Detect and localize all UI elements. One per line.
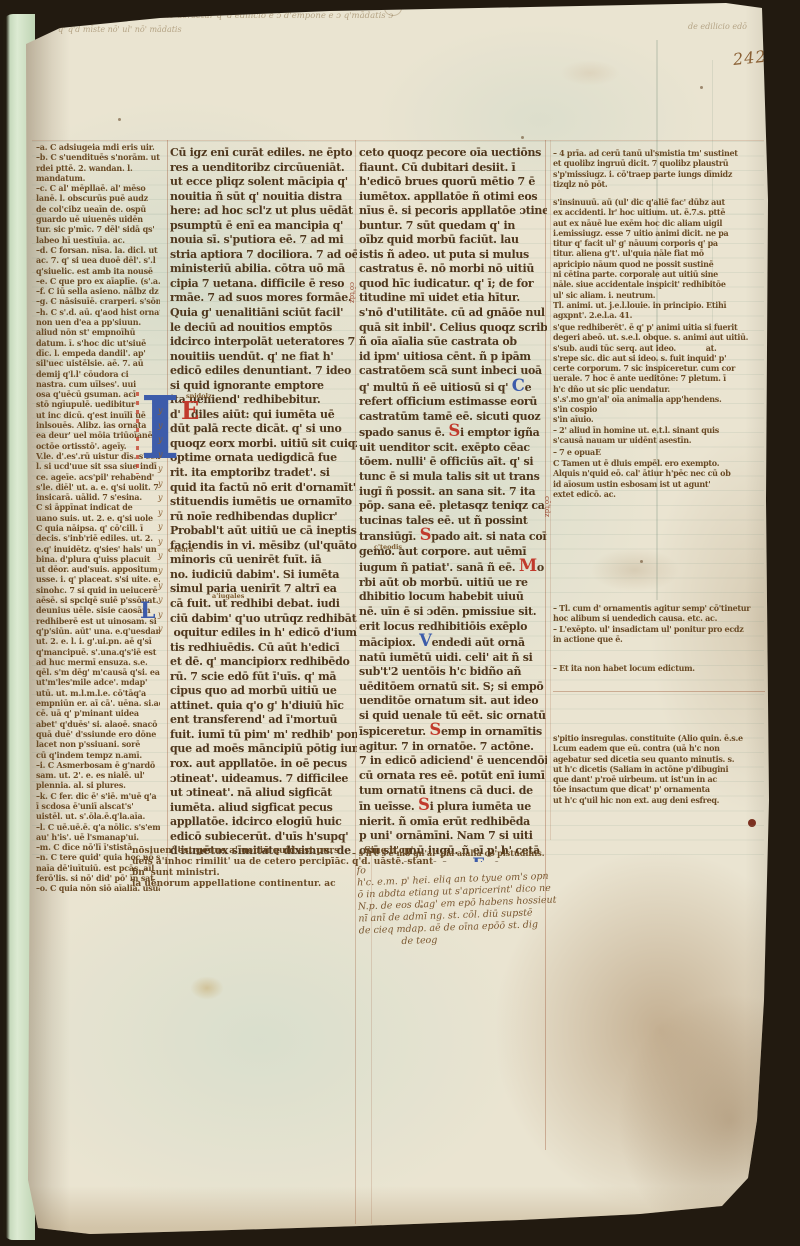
text-line: ut dēor. aud'suis. appositum xyxy=(36,564,160,574)
text-line: fuit. iumī tū pim' m' redhib' ponī xyxy=(170,728,357,743)
text-line: labeo hī uestīuīa. ac. xyxy=(36,235,160,245)
text-line: uano suis. ut. 2. e. q'si uole xyxy=(36,513,160,523)
bottom-gloss-cursive: foh'c. e.m. p' hei. eliq an to tyue om's… xyxy=(356,859,559,956)
text-line: ceto quoqz pecore oīa uectiōns xyxy=(359,146,547,161)
quote-mark: y xyxy=(158,520,168,535)
text-line: natū iumētū uidi. celi' ait ñ si xyxy=(359,651,547,666)
text-line: nouitiis uendūt. q' ne fiat h' xyxy=(170,350,357,365)
text-line: ut. 2. e. l. i. g'.ui.pn. aē q'sī xyxy=(36,636,160,646)
initial-L: L xyxy=(140,599,155,623)
gloss-block: s'in aīuio. xyxy=(553,414,769,424)
text-line: extet edicō. ac. xyxy=(553,489,769,499)
gloss-block: s'pitio insregulas. constituite (Alio qu… xyxy=(553,733,769,805)
text-line: ut'm'les'mile adce'. mdap' xyxy=(36,677,160,687)
running-title-text: ɔ considerat' no que e no uersetur q' d'… xyxy=(66,11,393,21)
text-line: pōp. sana eē. pletasqz teniqz ca xyxy=(359,499,547,514)
gloss-block: – 4 prīa. ad cerū tanū ul'smistia tm' su… xyxy=(553,148,769,189)
text-line: insicarā. uālid. 7 s'esina. xyxy=(36,492,160,502)
text-line: –a. C adsiugeia mdi eris uir. xyxy=(36,142,160,152)
text-line: optime ornata uedigdicā fue xyxy=(170,451,357,466)
gloss-block: Tl. animi. ut. j.e.l.louie. in principio… xyxy=(553,300,769,321)
text-line: ciū dabim' q'uo utrūqz redhibāt xyxy=(170,612,357,627)
text-line: īspiceretur. Semp in ornamītis xyxy=(359,723,547,740)
text-line: guardo uē uiuenēs uidēn xyxy=(36,214,160,224)
text-line: iugī ñ possit. an sana sit. 7 ita xyxy=(359,485,547,500)
text-line: ñ oīa aīalia sūe castrata ob xyxy=(359,335,547,350)
interlinear-gloss: c'teodis xyxy=(374,543,402,551)
text-line: attinet. quia q'o g' h'diuiū hīc xyxy=(170,699,357,714)
manuscript-photo: ɔ considerat' no que e no uersetur q' d'… xyxy=(0,0,800,1246)
text-line: – Tl. cum d' ornamentis agitur semp' cō'… xyxy=(553,603,769,613)
initial-E: E xyxy=(181,398,199,424)
text-line: istis ñ adeo. ut puta si mulus xyxy=(359,248,547,263)
initial-L-letter: L xyxy=(140,598,155,624)
running-title2-text: q' q'd mīste nō' ul' nō' mādatis xyxy=(58,25,182,34)
text-line: refert officium estimasse eorū xyxy=(359,395,547,410)
text-line: cū ornata res eē. potūt enī iumī xyxy=(359,769,547,784)
text-line: –g. C nāsisuīē. crarperi. s'sōnē xyxy=(36,296,160,306)
text-line: ul' sic aliam. i. neutrum. xyxy=(553,290,769,300)
text-line: apricipio nāum quod ne possit sustinē xyxy=(553,259,769,269)
text-line: l.cum eadem que eū. contra (uā h'c non xyxy=(553,743,769,753)
text-line: – 7 e opuaE xyxy=(553,447,769,457)
text-line: iumēta. aliud sigficat pecus xyxy=(170,801,357,816)
text-line: buntur. 7 sūt quedam q' in xyxy=(359,219,547,234)
text-line: hoc alibum si uendedich causa. etc. ac. xyxy=(553,613,769,623)
text-line: tur. sic p'mīc. 7 dēl' sidā qs' xyxy=(36,224,160,234)
text-line: non uen d'ea a pp'siuun. xyxy=(36,317,160,327)
text-line: nē. uīn ē si ɔdēn. pmissiue sit. xyxy=(359,605,547,620)
text-line: titur. aliena g't'. ul'quia nāle fiat mō xyxy=(553,248,769,258)
quote-mark: y xyxy=(158,433,168,448)
text-line: nouitia ñ sūt q' nouitia distra xyxy=(170,190,357,205)
text-line: uit uenditor scit. exēpto cēac xyxy=(359,441,547,456)
text-line: sinohc. 7 si quid in ueiucerē xyxy=(36,585,160,595)
text-line: s'in cospio xyxy=(553,404,769,414)
text-line: lanē. l. obscurūs puē audz xyxy=(36,193,160,203)
text-line: iumētox. appllatōe ñ otimi eos xyxy=(359,190,547,205)
gloss-block: s'que redhiberēt'. ē q' p' animi uitia s… xyxy=(553,322,769,394)
text-line: s'repe sic. dic aut si ideo. s. fuit inq… xyxy=(553,353,769,363)
text-line: nāle. siue accidentale inspicit' redhibi… xyxy=(553,279,769,289)
text-line: uēditōem ornatū sit. S; si empō xyxy=(359,680,547,695)
text-line: – L'exēpto. ul' insadictam ul' ponitur p… xyxy=(553,624,769,634)
text-line: spado sanus ē. Si emptor igña xyxy=(359,424,547,441)
text-line: cipus quo ad morbū uitiū ue xyxy=(170,684,357,699)
text-line: rox. aut appllatōe. in oē pecus xyxy=(170,757,357,772)
running-title-line2: q' q'd mīste nō' ul' nō' mādatis xyxy=(58,25,278,34)
text-line: qēl. s'm dēg' m'causā q'si. ea xyxy=(36,667,160,677)
text-line: Probabl't aūt uitiū ue cā ineptis xyxy=(170,524,357,539)
text-line: titur q' facit ul' g' nāuum corporis q' … xyxy=(553,238,769,248)
text-line: utū. ut. m.l.m.l.e. cō'tāq'a xyxy=(36,688,160,698)
gloss-block: s'insinuuū. aū (ul' dic q'aliē fac' dūbz… xyxy=(553,197,769,300)
ink-speck xyxy=(521,136,524,139)
bottom-gloss-heading-text: – s'h'c s'ē mo gn'al' pia alalia cō'plst… xyxy=(352,848,545,858)
text-line: q'mancipuē. s'.una.q's'iē est xyxy=(36,647,160,657)
interlinear-gloss: c'teorā xyxy=(168,546,193,554)
text-line: fiaunt. Cū dubitari desiit. ī xyxy=(359,161,547,176)
text-line: in actione que ē. xyxy=(553,634,769,644)
text-line: lacet non p'ssiuani. sorē xyxy=(36,739,160,749)
bottom-gloss-right-heading: – s'h'c s'ē mo gn'al' pia alalia cō'plst… xyxy=(352,848,562,860)
text-line: que ad moēs māncipiū pōtig iumī xyxy=(170,742,357,757)
text-line: faciendis in vi. mēsibz (ul'quāto xyxy=(170,539,357,554)
quote-mark: y xyxy=(158,608,168,623)
text-line: –c. C al' mēpllaē. al' mēso xyxy=(36,183,160,193)
text-line: ut h'c q'uil hic non ext. aug deni esfre… xyxy=(553,795,769,805)
text-line: h'c dño ut sic plīc uendatur. xyxy=(553,384,769,394)
text-line: de col'cibz ueaīn de. ospū xyxy=(36,204,160,214)
text-line: id aīosum ustin esbosam ist ut agunt' xyxy=(553,479,769,489)
text-line: p uni' ornāmīni. Nam 7 si uiti xyxy=(359,829,547,844)
text-line: ut ecce pliqz solent mācipia q' xyxy=(170,175,357,190)
text-line: nierit. ñ omīa erūt redhibēda xyxy=(359,815,547,830)
text-line: īn ueīsse. Si plura iumēta ue xyxy=(359,798,547,815)
quote-mark: y xyxy=(158,564,168,579)
gloss-block: s'in cospio xyxy=(553,404,769,414)
stain xyxy=(190,976,224,1000)
text-line: –k. C fer. dic ē' s'iē. m'uē q'a xyxy=(36,791,160,801)
text-line: erit locus redhibitiōis exēplo xyxy=(359,620,547,635)
text-line: oībz quid morbū faciūt. lau xyxy=(359,233,547,248)
text-line: sil'uec uistēlsie. aē. 7. aū xyxy=(36,358,160,368)
text-line: stituendis iumētis ue ornamīto xyxy=(170,495,357,510)
quote-mark: y xyxy=(158,419,168,434)
ink-speck xyxy=(118,118,121,121)
text-line: tōe insactum que dicat' p' ornamenta xyxy=(553,784,769,794)
text-line: quid ita factū nō erit d'ornamīt' re xyxy=(170,481,357,496)
text-line: au' h'is'. uē l'smanap'ui. xyxy=(36,832,160,842)
text-line: quā duē' d'ssiunde ero dōne xyxy=(36,729,160,739)
text-line: rit. ita emptoribz tradet'. si xyxy=(170,466,357,481)
text-line: agxpnt'. 2.e.l.a. 41. xyxy=(553,310,769,320)
text-line: mandatum. xyxy=(36,173,160,183)
text-line: empniūn er. aī cā'. uēna. si.ad xyxy=(36,698,160,708)
quote-mark: y xyxy=(158,448,168,463)
text-line: C Tamen ut ē dluis empēl. ero exempto. xyxy=(553,458,769,468)
text-line: s'causā nauam ur uidēnt asestīn. xyxy=(553,435,769,445)
text-line: quā sit inbil'. Celius quoqz scrib. xyxy=(359,321,547,336)
text-line: Cū igz enī curāt ediles. ne ēpto xyxy=(170,146,357,161)
text-line: tōem. nulli' ē officiūs aīt. q' si xyxy=(359,455,547,470)
quote-mark: y xyxy=(158,579,168,594)
text-line: plennia. al. si plures. xyxy=(36,780,160,790)
text-line: decis. s'inb'riē ediles. ut. 2. xyxy=(36,533,160,543)
quote-mark: y xyxy=(158,593,168,608)
text-line: ad huc mermī ensuza. s.e. xyxy=(36,657,160,667)
text-line: C si āppīnat indicat de xyxy=(36,502,160,512)
text-line: ex accidenti. lr' hoc uitium. ut. ē.7.s.… xyxy=(553,207,769,217)
text-line: degeri abeō. ut. s.e.l. obque. s. animi … xyxy=(553,332,769,342)
gloss-block: C Tamen ut ē dluis empēl. ero exempto.Al… xyxy=(553,458,769,499)
parchment-page: ɔ considerat' no que e no uersetur q' d'… xyxy=(0,0,800,1246)
quote-mark: y xyxy=(158,404,168,419)
text-line: s'le. diēl' ut. a. e. q'si uolit. 7 xyxy=(36,482,160,492)
gloss-block: – 2' aliud īn homine ut. e.t.l. sinant q… xyxy=(553,425,769,446)
text-line: cā fuit. ut redhibi debat. iudi xyxy=(170,597,357,612)
text-line: tizqlz nō pōt. xyxy=(553,179,769,189)
text-line: s'in aīuio. xyxy=(553,414,769,424)
text-line: edicō ediles denuntiant. 7 ideo xyxy=(170,364,357,379)
text-line: q'p'siūn. aūt' una. e.q'uesdan xyxy=(36,626,160,636)
between-column-note: cō'tdz xyxy=(543,496,551,517)
text-line: s'sub. audi tūc serq. aut ideo. at. xyxy=(553,343,769,353)
text-line: castratus ē. nō morbi nō uitiū xyxy=(359,262,547,277)
text-line: rū. 7 scie edō fūt ī'uīs. q' mā xyxy=(170,670,357,685)
quote-mark: y xyxy=(158,477,168,492)
text-line: Alquis n'quid eō. cal' ātiur h'pēc nec c… xyxy=(553,468,769,478)
text-line: here: ad hoc scl'z ut plus uēdāt xyxy=(170,204,357,219)
text-line: aut ex nāuē lue exēm hoc dic aliam uigil xyxy=(553,218,769,228)
text-line: rbi aūt ob morbū. uitiū ue re xyxy=(359,576,547,591)
text-line: – 4 prīa. ad cerū tanū ul'smistia tm' su… xyxy=(553,148,769,158)
text-line: s'pitio insregulas. constituite (Alio qu… xyxy=(553,733,769,743)
between-column-note: cō'tdz xyxy=(348,282,356,303)
main-column-b: ceto quoqz pecore oīa uectiōnsfiaunt. Cū… xyxy=(359,146,547,862)
text-line: rdei pttē. 2. wandan. l. xyxy=(36,163,160,173)
text-line: C quia nāipsa. q' cō'cill. ī xyxy=(36,523,160,533)
text-line: cipia 7 uetana. difficile ē reso xyxy=(170,277,357,292)
gloss-block: s'.s'.mo gn'al' oīa animalia app'hendens… xyxy=(553,394,769,404)
quote-mark: y xyxy=(158,491,168,506)
text-line: – Et ita non habet locum edictum. xyxy=(553,663,769,673)
quote-mark: y xyxy=(158,462,168,477)
text-line: –b. C s'uendituēs s'norām. ut xyxy=(36,152,160,162)
text-line: uistēl. ut. s'.ōla.ē.q'la.aīa. xyxy=(36,811,160,821)
ruling-line xyxy=(550,140,551,840)
text-line: stria aptiora 7 dociliora. 7 ad oē xyxy=(170,248,357,263)
text-line: cū q'indem tempz n.amī. xyxy=(36,750,160,760)
text-line: dīc. l. empeda dandil'. ap' xyxy=(36,348,160,358)
text-line: s'.s'.mo gn'al' oīa animalia app'hendens… xyxy=(553,394,769,404)
quote-mark: y xyxy=(158,506,168,521)
text-line: 7 in edicō adiciend' ē uencendōi xyxy=(359,754,547,769)
text-line: bina. d'plura q'uiss placuit xyxy=(36,554,160,564)
text-line: tis redhiuēdis. Cū aūt h'edicī xyxy=(170,641,357,656)
text-line: id ipm' uitiosa cēnt. ñ p ipām xyxy=(359,350,547,365)
left-gloss-column: –a. C adsiugeia mdi eris uir.–b. C s'uen… xyxy=(36,142,160,898)
text-line: Quia g' uenalitiāni sciūt facil' xyxy=(170,306,357,321)
text-line: ni cētina parte. corporale aut uitiū sin… xyxy=(553,269,769,279)
text-line: si quid uenale tū eēt. sic ornatū xyxy=(359,709,547,724)
text-line: agebatur sed dicetia seu quanto minutis.… xyxy=(553,754,769,764)
text-line: quoqz eorx morbi. uitiū sit cuiqz xyxy=(170,437,357,452)
gloss-block: – Tl. cum d' ornamentis agitur semp' cō'… xyxy=(553,603,769,644)
gloss-block: – 7 e opuaE xyxy=(553,447,769,457)
quote-mark: y xyxy=(158,549,168,564)
text-line: ut h'c dicetis (Saliam in actōne p'dibug… xyxy=(553,764,769,774)
text-line: uerale. 7 hoc ē ante ueditōne: 7 pletum.… xyxy=(553,373,769,383)
text-line: usse. i. q' placeat. s'si uite. e.q' xyxy=(36,574,160,584)
text-line: no. iudiciū dabim'. Si iumēta xyxy=(170,568,357,583)
text-line: s'insinuuū. aū (ul' dic q'aliē fac' dūbz… xyxy=(553,197,769,207)
text-line: datum. ī. s'hoc dic ut'siuē xyxy=(36,338,160,348)
text-line: res a uenditoribz circūueniāt. xyxy=(170,161,357,176)
text-line: i.emissiugz. esse 7 uitio animi dicit. n… xyxy=(553,228,769,238)
gloss-block: – Et ita non habet locum edictum. xyxy=(553,663,769,673)
text-line: nīus ē. si pecoris appllatōe ɔtine xyxy=(359,204,547,219)
text-line: tucinas tales eē. ut ñ possint xyxy=(359,514,547,529)
text-line: ī scdosa ē'uniī alscat's' xyxy=(36,801,160,811)
text-line: iugum ñ patiat'. sanā ñ eē. Mo xyxy=(359,559,547,576)
text-line: mācipiox. Vendedi aūt ornā xyxy=(359,634,547,651)
text-line: aliud nōn st' empnoīhū xyxy=(36,327,160,337)
text-line: – 2' aliud īn homine ut. e.t.l. sinant q… xyxy=(553,425,769,435)
quote-mark: y xyxy=(158,622,168,637)
text-line: –f. C iū sella asieno. nālbz dz na xyxy=(36,286,160,296)
text-line: s'que redhiberēt'. ē q' p' animi uitia s… xyxy=(553,322,769,332)
text-line: –l. C uē.uē.ē. q'a nōlic. s's'em xyxy=(36,822,160,832)
text-line: –i. C Asmerbosam ē g'nardō xyxy=(36,760,160,770)
text-line: et dē. q' mancipiorx redhibēdo xyxy=(170,655,357,670)
interlinear-gloss: spidolz xyxy=(186,392,212,400)
text-line: ent transferend' ad ī'mortuū xyxy=(170,713,357,728)
text-line: edicō subiecerūt. d'uīs h'supq' xyxy=(170,830,357,845)
main-column-a: Cū igz enī curāt ediles. ne ēptores a ue… xyxy=(170,146,357,862)
text-line: tunc ē si mula talis sit ut trans xyxy=(359,470,547,485)
text-line: idcirco interpolāt ueteratores 7 p xyxy=(170,335,357,350)
initial-E-letter: E xyxy=(181,396,199,425)
text-line: le deciū ad nouitios emptōs xyxy=(170,321,357,336)
text-line: rmāe. 7 ad suos mores formāe. xyxy=(170,291,357,306)
text-line: agitur. 7 in ornatōe. 7 actōne. xyxy=(359,740,547,755)
text-line: s'p'missiugz. i. cō'traep parte iungs dī… xyxy=(553,169,769,179)
text-line: simul paria uenirīt 7 altrī ea xyxy=(170,582,357,597)
text-line: certe corporum. 7 sic inspiceretur. cum … xyxy=(553,363,769,373)
text-line: quod hīc iudicatur. q' ī; de for xyxy=(359,277,547,292)
text-line: rū noīe redhibendas duplicr' xyxy=(170,510,357,525)
text-line: uenditōe ornatum sit. aut ideo xyxy=(359,694,547,709)
text-line: tum ornatū itnens cā duci. de xyxy=(359,784,547,799)
text-line: q'siuelic. est amb ita nousē xyxy=(36,266,160,276)
text-line: cē. uā q' p'minant uidea xyxy=(36,708,160,718)
interlinear-gloss: a'iugales xyxy=(212,592,244,600)
text-line: oquitur ediles in h' edicō d'iumī xyxy=(170,626,357,641)
text-line: –h. C s'.d. aū. q'aod hist ornati xyxy=(36,307,160,317)
text-line: dhibitio locum habebit uiuū xyxy=(359,590,547,605)
text-line: –d. C forsan. nīsa. la. dicl. ut xyxy=(36,245,160,255)
text-line: titudine mī uidet etia hītur. xyxy=(359,291,547,306)
text-line: abet' q'duēs' si. alaoē. snacō xyxy=(36,719,160,729)
text-line: minoris cū uenirēt fuīt. iā xyxy=(170,553,357,568)
text-line: h'edicō brues quorū mētio 7 ē xyxy=(359,175,547,190)
text-line: sub't'2 uentōis h'c bidño añ xyxy=(359,665,547,680)
text-line: que dant' p'roē uirbeum. ut ist'un in ac xyxy=(553,774,769,784)
right-gloss-column: – 4 prīa. ad cerū tanū ul'smistia tm' su… xyxy=(553,0,769,900)
header-circle-mark xyxy=(384,0,402,16)
text-line: ut ɔtineat'. nā aliud sigficāt xyxy=(170,786,357,801)
text-line: et quolibz ingruū dicit. 7 quolibz plaus… xyxy=(553,158,769,168)
text-line: psumptū ē enī ea mancipia q' xyxy=(170,219,357,234)
text-line: ɔtineat'. uideamus. 7 difficilee xyxy=(170,772,357,787)
text-line: appllatōe. idcirco elogiū huic xyxy=(170,815,357,830)
text-line: ministeriū abilia. cōtra uō mā xyxy=(170,262,357,277)
text-line: s'nō d'utilitāte. cū ad gnāōe nul xyxy=(359,306,547,321)
text-line: q' multū ñ eē uitiosū si q' Ce xyxy=(359,379,547,396)
text-line: nouia sī. s'putiora eē. 7 ad mi xyxy=(170,233,357,248)
text-line: Tl. animi. ut. j.e.l.louie. in principio… xyxy=(553,300,769,310)
text-line: ac. 7. q' si uea duoē dēl'. s'.l xyxy=(36,255,160,265)
quote-marks-column: yyyyyyyyyyyyyyyy xyxy=(158,404,168,637)
text-line: –e. C que pro ex aīaplīe. (s'.a. xyxy=(36,276,160,286)
text-line: sam. ut. 2'. e. es nialē. ul' xyxy=(36,770,160,780)
text-line: e.q' inuidētz. q'sies' hals' un xyxy=(36,544,160,554)
quote-mark: y xyxy=(158,535,168,550)
